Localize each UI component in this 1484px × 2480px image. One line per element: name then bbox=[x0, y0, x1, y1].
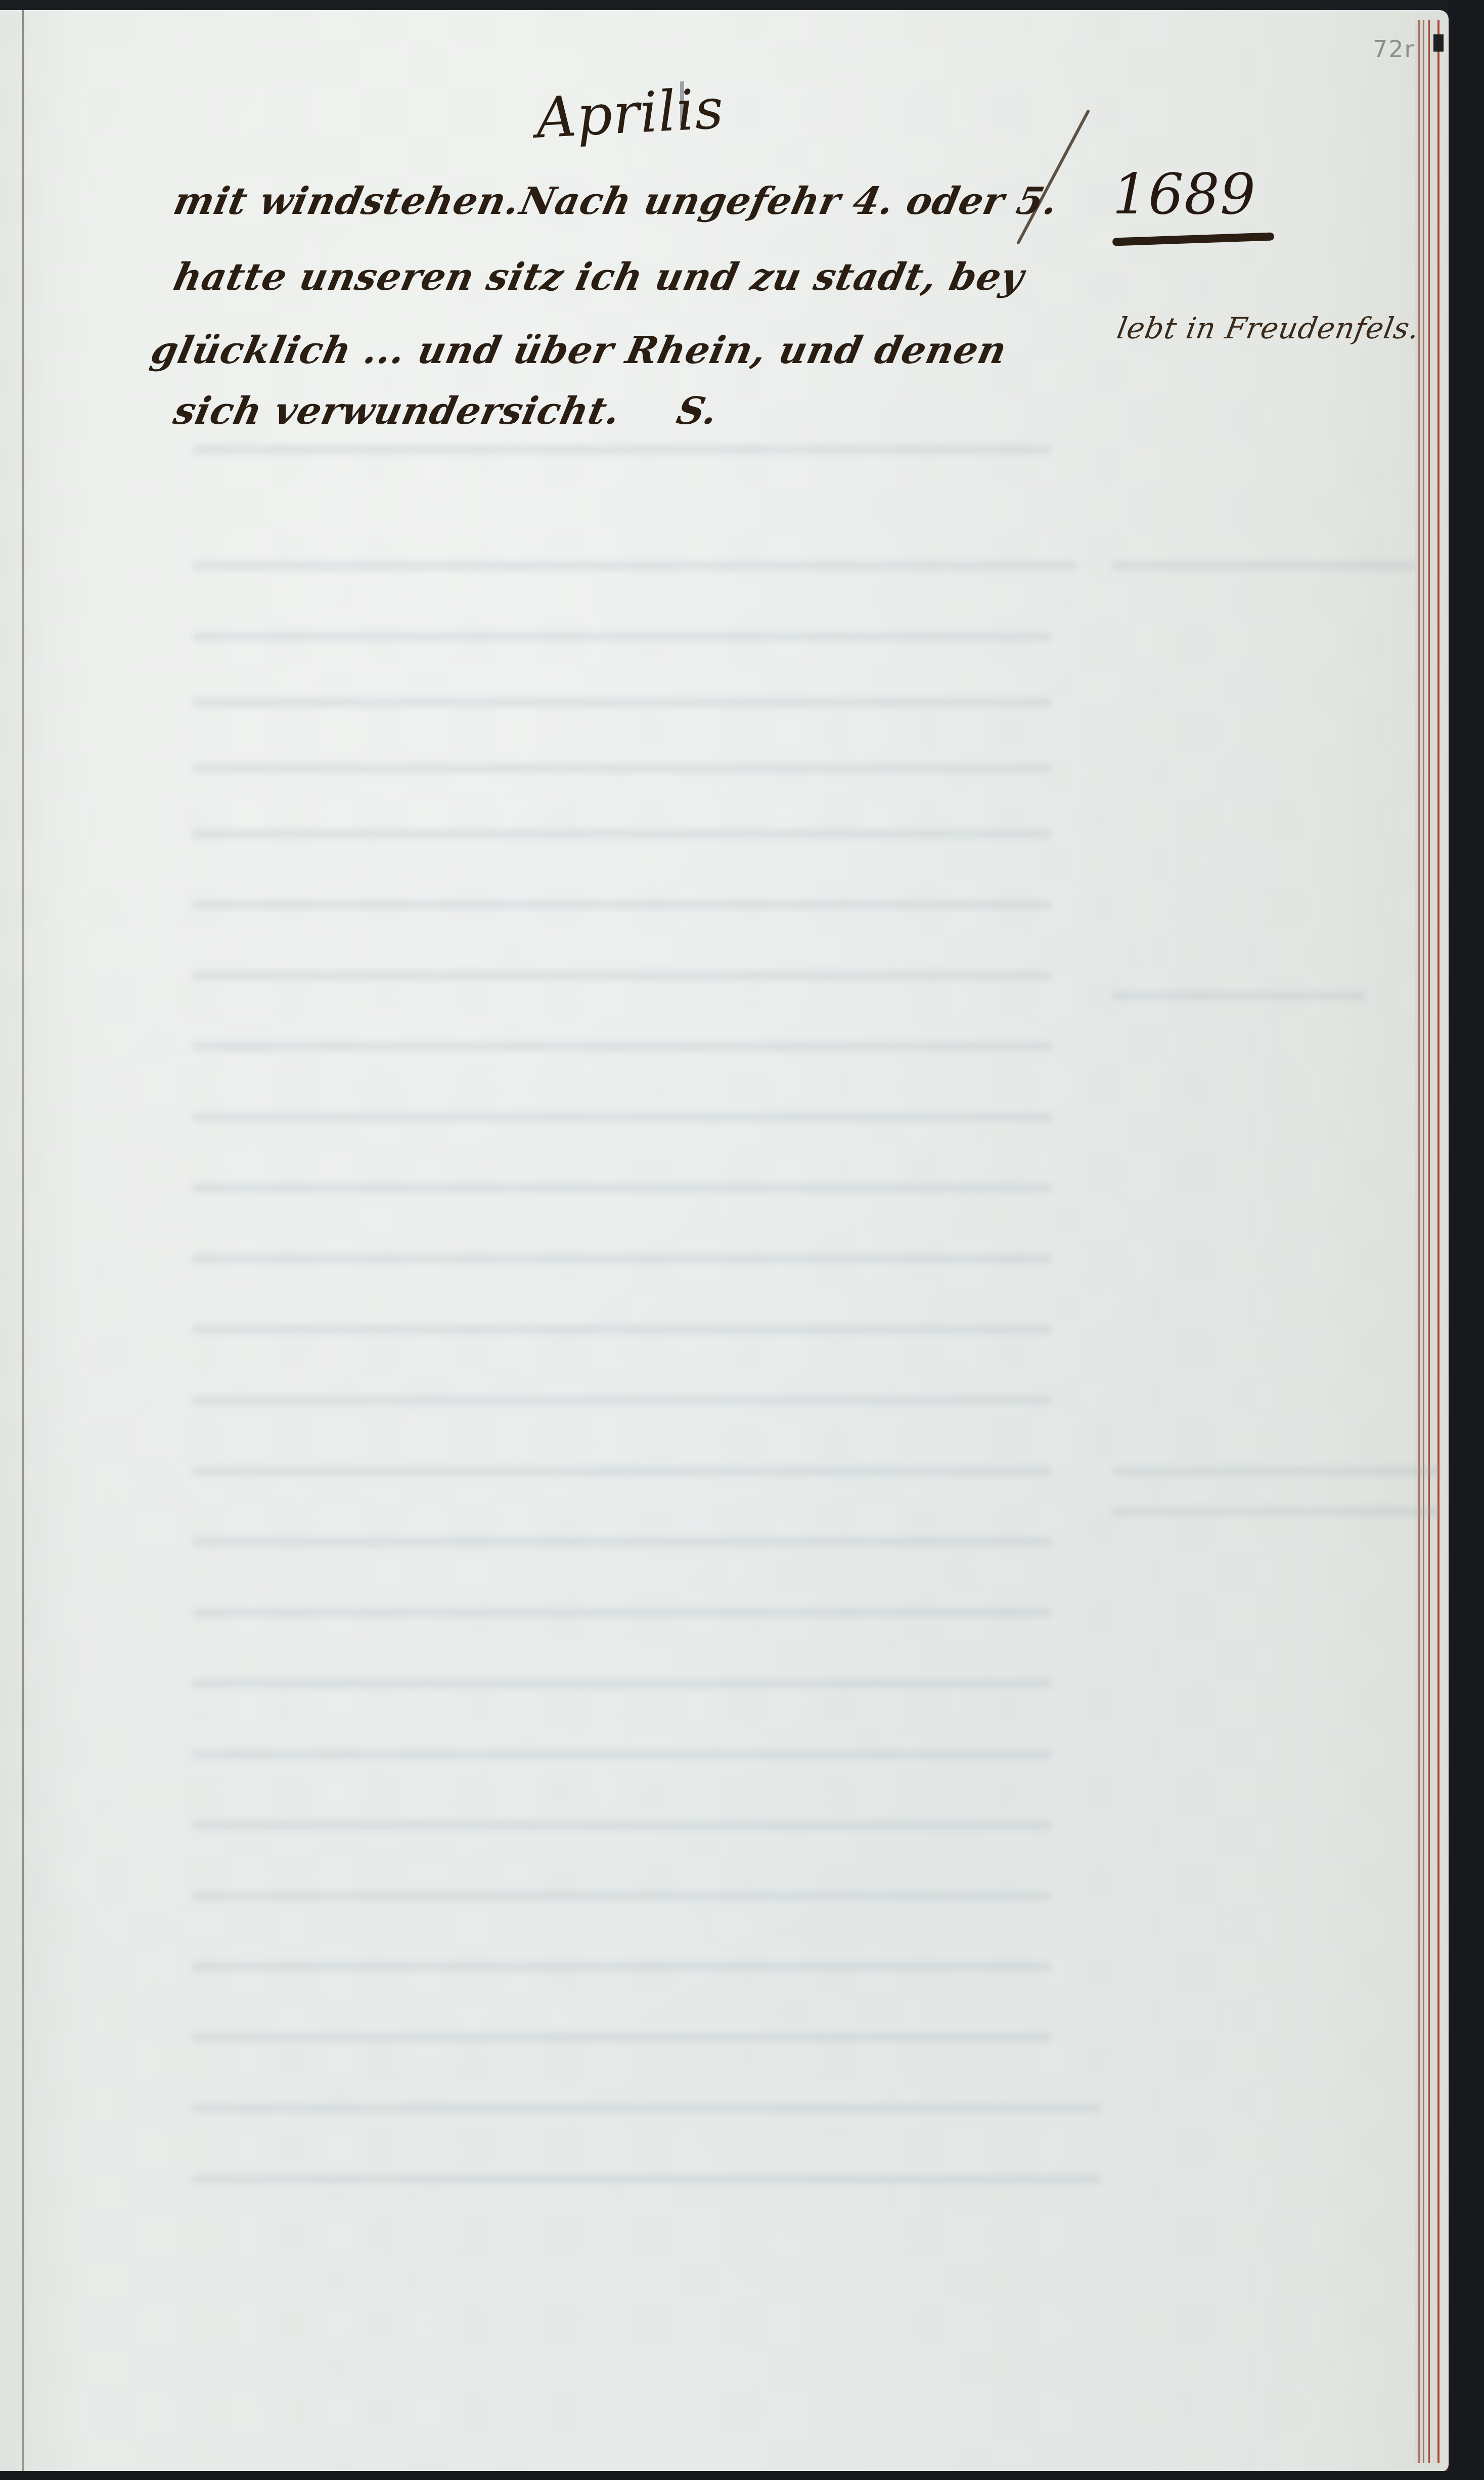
handwritten-line-3: glücklich ... und über Rhein, und denen bbox=[147, 329, 1011, 372]
bleed-through-line bbox=[192, 698, 1052, 707]
bleed-through-line bbox=[192, 1396, 1052, 1405]
bleed-through-line bbox=[192, 2104, 1102, 2113]
bleed-through-line bbox=[1112, 1507, 1441, 1516]
bleed-through-line bbox=[192, 1608, 1052, 1617]
page-edges-stained bbox=[1415, 20, 1446, 2463]
bleed-through-line bbox=[1112, 1467, 1441, 1476]
bleed-through-line bbox=[192, 1183, 1052, 1192]
bleed-through-line bbox=[192, 1254, 1052, 1263]
year-date: 1689 bbox=[1112, 162, 1256, 227]
bleed-through-line bbox=[1112, 991, 1365, 1000]
handwritten-line-4: sich verwundersicht. bbox=[170, 389, 624, 433]
bleed-through-line bbox=[192, 561, 1077, 570]
bleed-through-line bbox=[192, 1325, 1052, 1334]
bleed-through-line bbox=[192, 1537, 1052, 1546]
handwritten-line-2: hatte unseren sitz ich und zu stadt, bey bbox=[170, 255, 1028, 299]
bleed-through-line bbox=[192, 900, 1052, 909]
bleed-through-line bbox=[192, 632, 1052, 641]
bleed-through-line bbox=[192, 1891, 1052, 1900]
scan-border-bottom bbox=[0, 2471, 1484, 2480]
bleed-through-line bbox=[192, 971, 1052, 980]
bleed-through-line bbox=[1112, 561, 1416, 570]
bleed-through-line bbox=[192, 1821, 1052, 1830]
tab-marker bbox=[1433, 34, 1444, 52]
bleed-through-line bbox=[192, 1962, 1052, 1971]
scan-border-top bbox=[0, 0, 1484, 11]
bleed-through-line bbox=[192, 2175, 1102, 2184]
handwritten-line-1-left: mit windstehen. bbox=[170, 180, 524, 223]
bleed-through-line bbox=[192, 1679, 1052, 1688]
bleed-through-line bbox=[192, 1113, 1052, 1122]
scan-border-right bbox=[1449, 0, 1484, 2480]
folio-number: 72r bbox=[1373, 35, 1415, 63]
bleed-through-line bbox=[192, 2033, 1052, 2042]
month-heading: Aprilis bbox=[534, 76, 726, 150]
manuscript-scan: 72r Aprilis 1689 mit windstehen. Nach un… bbox=[0, 0, 1484, 2480]
bleed-through-line bbox=[192, 1042, 1052, 1051]
margin-note: lebt in Freudenfels. bbox=[1114, 311, 1422, 345]
bleed-through-line bbox=[192, 1467, 1052, 1476]
bleed-through-line bbox=[192, 1750, 1052, 1759]
handwritten-line-1-right: Nach ungefehr 4. oder 5. bbox=[516, 180, 1062, 223]
bleed-through-line bbox=[192, 829, 1052, 838]
binding-gutter bbox=[22, 10, 24, 2472]
bleed-through-line bbox=[192, 445, 1052, 454]
bleed-through-line bbox=[192, 764, 1052, 773]
